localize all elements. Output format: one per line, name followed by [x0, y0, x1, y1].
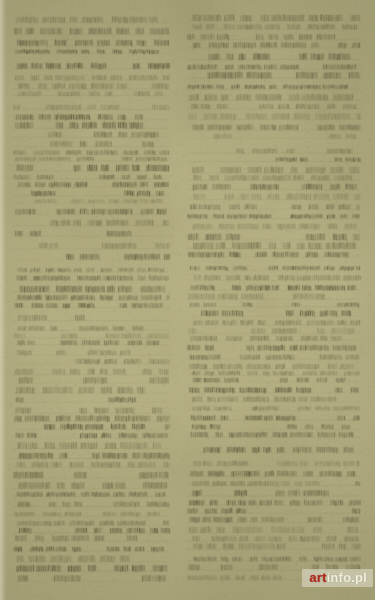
- watermark-artinfo: artinfo.pl: [302, 569, 373, 587]
- textile-pattern-canvas: [0, 0, 375, 600]
- artwork-photo: artinfo.pl: [0, 0, 375, 600]
- watermark-suffix: info.pl: [327, 570, 367, 585]
- watermark-prefix: art: [309, 570, 326, 585]
